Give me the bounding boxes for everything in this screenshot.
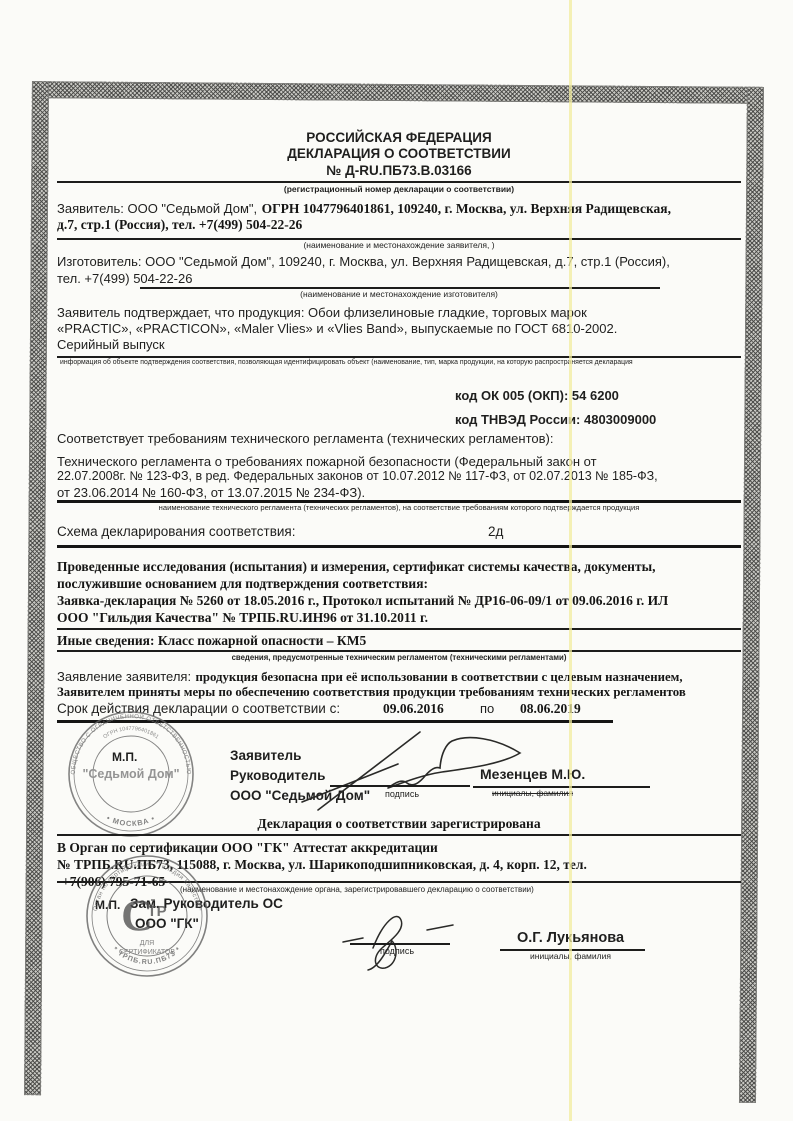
country-title: РОССИЙСКАЯ ФЕДЕРАЦИЯ — [57, 130, 741, 145]
stamp2-center-line1: ДЛЯ — [140, 940, 154, 947]
rule — [57, 650, 741, 652]
validity-to-word: по — [480, 701, 494, 716]
applicant-label: Заявитель: ООО "Седьмой Дом", — [57, 201, 257, 216]
product-caption: информация об объекте подтверждения соот… — [60, 359, 633, 366]
tnved-code: код ТНВЭД России: 4803009000 — [455, 412, 656, 427]
signatory1-role1: Заявитель — [230, 748, 301, 763]
product-line2: «PRACTIC», «PRACTICON», «Maler Vlies» и … — [57, 321, 617, 336]
stamp1-ring-inner-text: ОГРН 1047796401861 — [102, 726, 159, 740]
scanned-declaration-page: РОССИЙСКАЯ ФЕДЕРАЦИЯ ДЕКЛАРАЦИЯ О СООТВЕ… — [0, 0, 793, 1121]
signature-line-1 — [330, 785, 470, 787]
svg-text:ОБЩЕСТВО С ОГРАНИЧЕННОЙ ОТВЕТС: ОБЩЕСТВО С ОГРАНИЧЕННОЙ ОТВЕТСТВЕННОСТЬЮ — [71, 713, 191, 775]
registration-caption: (наименование и местонахождение органа, … — [180, 885, 534, 894]
statement-line1-rest: продукция безопасна при её использовании… — [196, 670, 683, 684]
basis-line4: ООО "Гильдия Качества" № ТРПБ.RU.ИН96 от… — [57, 610, 428, 626]
statement-label: Заявление заявителя: — [57, 669, 191, 684]
signature-line-2 — [350, 943, 450, 945]
document-title: ДЕКЛАРАЦИЯ О СООТВЕТСТВИИ — [57, 146, 741, 161]
frame-left-band — [24, 81, 49, 1095]
signature-caption-1: подпись — [385, 789, 419, 799]
product-line1: Заявитель подтверждает, что продукция: О… — [57, 305, 587, 320]
compliance-line2: 22.07.2008г. № 123-ФЗ, в ред. Федеральны… — [57, 469, 658, 483]
registration-number: № Д-RU.ПБ73.В.03166 — [57, 163, 741, 178]
product-line3: Серийный выпуск — [57, 337, 165, 352]
validity-from: 09.06.2016 — [383, 701, 444, 717]
compliance-heading: Соответствует требованиям технического р… — [57, 431, 553, 446]
scheme-label: Схема декларирования соответствия: — [57, 524, 296, 539]
manufacturer-caption: (наименование и местонахождение изготови… — [57, 289, 741, 299]
applicant-caption: (наименование и местонахождение заявител… — [57, 240, 741, 250]
frame-right-band — [739, 87, 764, 1103]
signature-caption-2: подпись — [380, 946, 414, 956]
statement-line1: Заявление заявителя: продукция безопасна… — [57, 668, 683, 686]
manufacturer-line2: тел. +7(499) 504-22-26 — [57, 271, 192, 286]
stamp1-center-text: "Седьмой Дом" — [82, 767, 179, 781]
registration-heading: Декларация о соответствии зарегистрирова… — [57, 816, 741, 832]
rule — [57, 628, 741, 630]
stamp2-center-line2: СЕРТИФИКАТОВ — [119, 949, 175, 956]
name-caption-1: инициалы, фамилия — [492, 788, 573, 798]
applicant-line2: д.7, стр.1 (Россия), тел. +7(499) 504-22… — [57, 217, 302, 233]
okp-code: код ОК 005 (ОКП): 54 6200 — [455, 388, 619, 403]
rule — [57, 834, 741, 836]
statement-line2: Заявителем приняты меры по обеспечению с… — [57, 685, 686, 700]
svg-text:ОГРН 1047796401861: ОГРН 1047796401861 — [102, 726, 159, 740]
compliance-line3: от 23.06.2014 № 160-ФЗ, от 13.07.2015 № … — [57, 485, 365, 500]
compliance-caption: наименование технического регламента (те… — [57, 503, 741, 512]
manufacturer-line1: Изготовитель: ООО "Седьмой Дом", 109240,… — [57, 254, 670, 269]
stamp1-ring-top-text: ОБЩЕСТВО С ОГРАНИЧЕННОЙ ОТВЕТСТВЕННОСТЬЮ — [71, 713, 191, 775]
frame-top-band — [32, 81, 764, 104]
compliance-line1: Технического регламента о требованиях по… — [57, 454, 597, 469]
stamp2-logo-tr: ТР — [147, 903, 166, 920]
certification-body-stamp: Орган по сертификации "Гильдия Качества"… — [85, 854, 209, 978]
basis-line2: послужившие основанием для подтверждения… — [57, 576, 428, 592]
fold-line — [569, 0, 572, 1121]
registration-number-caption: (регистрационный номер декларации о соот… — [57, 184, 741, 194]
applicant-line1: Заявитель: ООО "Седьмой Дом", ОГРН 10477… — [57, 200, 671, 218]
other-info: Иные сведения: Класс пожарной опасности … — [57, 633, 366, 649]
rule — [57, 545, 741, 548]
scheme-value: 2д — [488, 524, 503, 539]
other-caption: сведения, предусмотренные техническим ре… — [57, 653, 741, 662]
applicant-value1: ОГРН 1047796401861, 109240, г. Москва, у… — [262, 201, 671, 216]
signature-2 — [335, 898, 495, 978]
basis-line1: Проведенные исследования (испытания) и и… — [57, 559, 656, 575]
basis-line3: Заявка-декларация № 5260 от 18.05.2016 г… — [57, 593, 668, 609]
rule — [57, 356, 741, 358]
rule — [57, 181, 741, 183]
